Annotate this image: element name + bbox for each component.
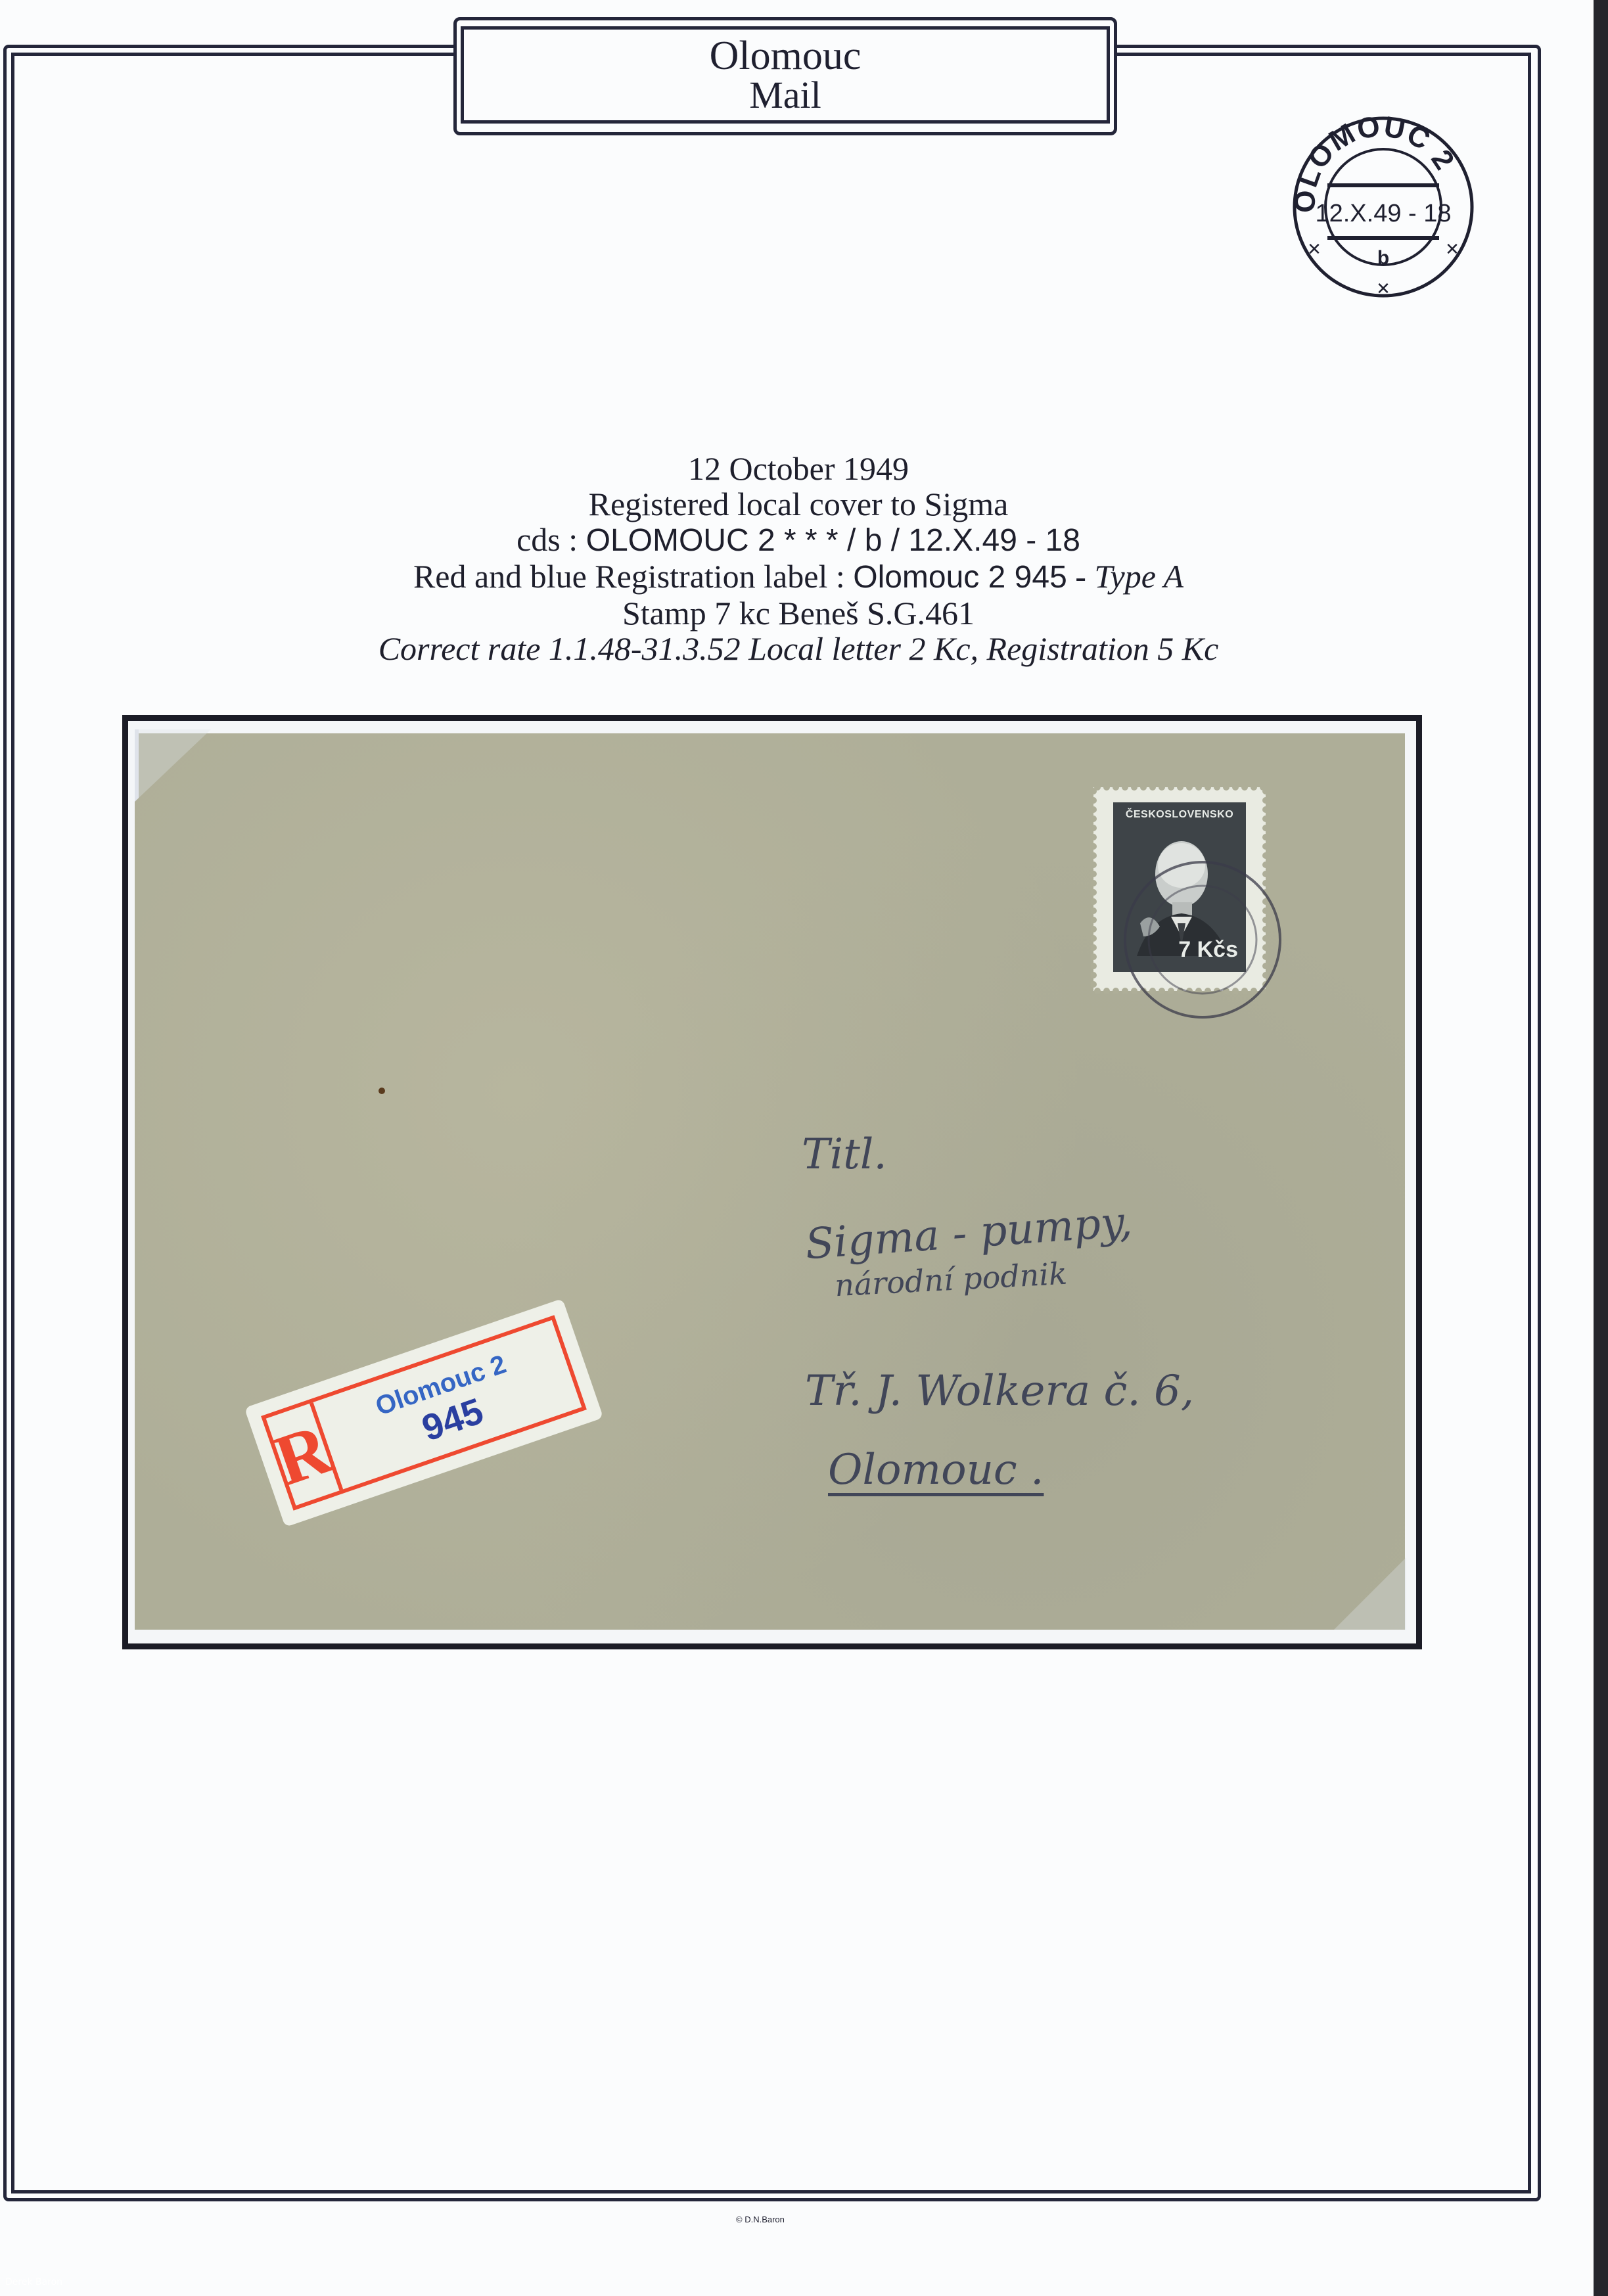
label-value: Olomouc 2 945 [853,560,1067,595]
address-line: Olomouc . [828,1446,1044,1494]
address-line: Tř. J. Wolkera č. 6, [805,1367,1194,1415]
stamp-country: ČESKOSLOVENSKO [1126,809,1233,821]
postmark-ornament-right: ✕ [1445,240,1459,260]
description-cds: cds : OLOMOUC 2 * * * / b / 12.X.49 - 18 [197,522,1400,559]
address-line: Titl. [802,1130,887,1179]
label-prefix: Red and blue Registration label : [413,558,853,595]
stamp-cancellation [1117,854,1314,1032]
title-box-inner: Olomouc Mail [461,26,1110,124]
svg-text:OLOMOUC 2: OLOMOUC 2 [1289,112,1461,213]
page-subtitle: Mail [749,76,821,114]
postmark-ornament-left: ✕ [1307,240,1321,260]
postmark-ornament-bottom: ✕ [1376,279,1390,299]
cds-prefix: cds : [517,521,586,558]
description-summary: Registered local cover to Sigma [197,486,1400,522]
cover-description: 12 October 1949 Registered local cover t… [197,451,1400,666]
description-date: 12 October 1949 [197,451,1400,486]
description-stamp: Stamp 7 kc Beneš S.G.461 [197,595,1400,631]
description-rate: Correct rate 1.1.48-31.3.52 Local letter… [197,631,1400,666]
copyright-notice: © D.N.Baron [736,2215,785,2224]
ink-spot [379,1088,385,1094]
cds-value: OLOMOUC 2 * * * / b / 12.X.49 - 18 [586,523,1080,558]
description-label: Red and blue Registration label : Olomou… [197,559,1400,595]
label-type: - Type A [1067,558,1183,595]
postmark-date: 12.X.49 - 18 [1315,200,1451,227]
postmark-office: OLOMOUC 2 [1289,112,1461,213]
watermark: Derek Baron [5,2277,62,2287]
scan-edge [1594,0,1608,2296]
postmark-illustration: OLOMOUC 2 12.X.49 - 18 b ✕ ✕ ✕ [1288,112,1479,302]
postmark-letter: b [1377,247,1389,269]
page-title: Olomouc [710,35,861,76]
